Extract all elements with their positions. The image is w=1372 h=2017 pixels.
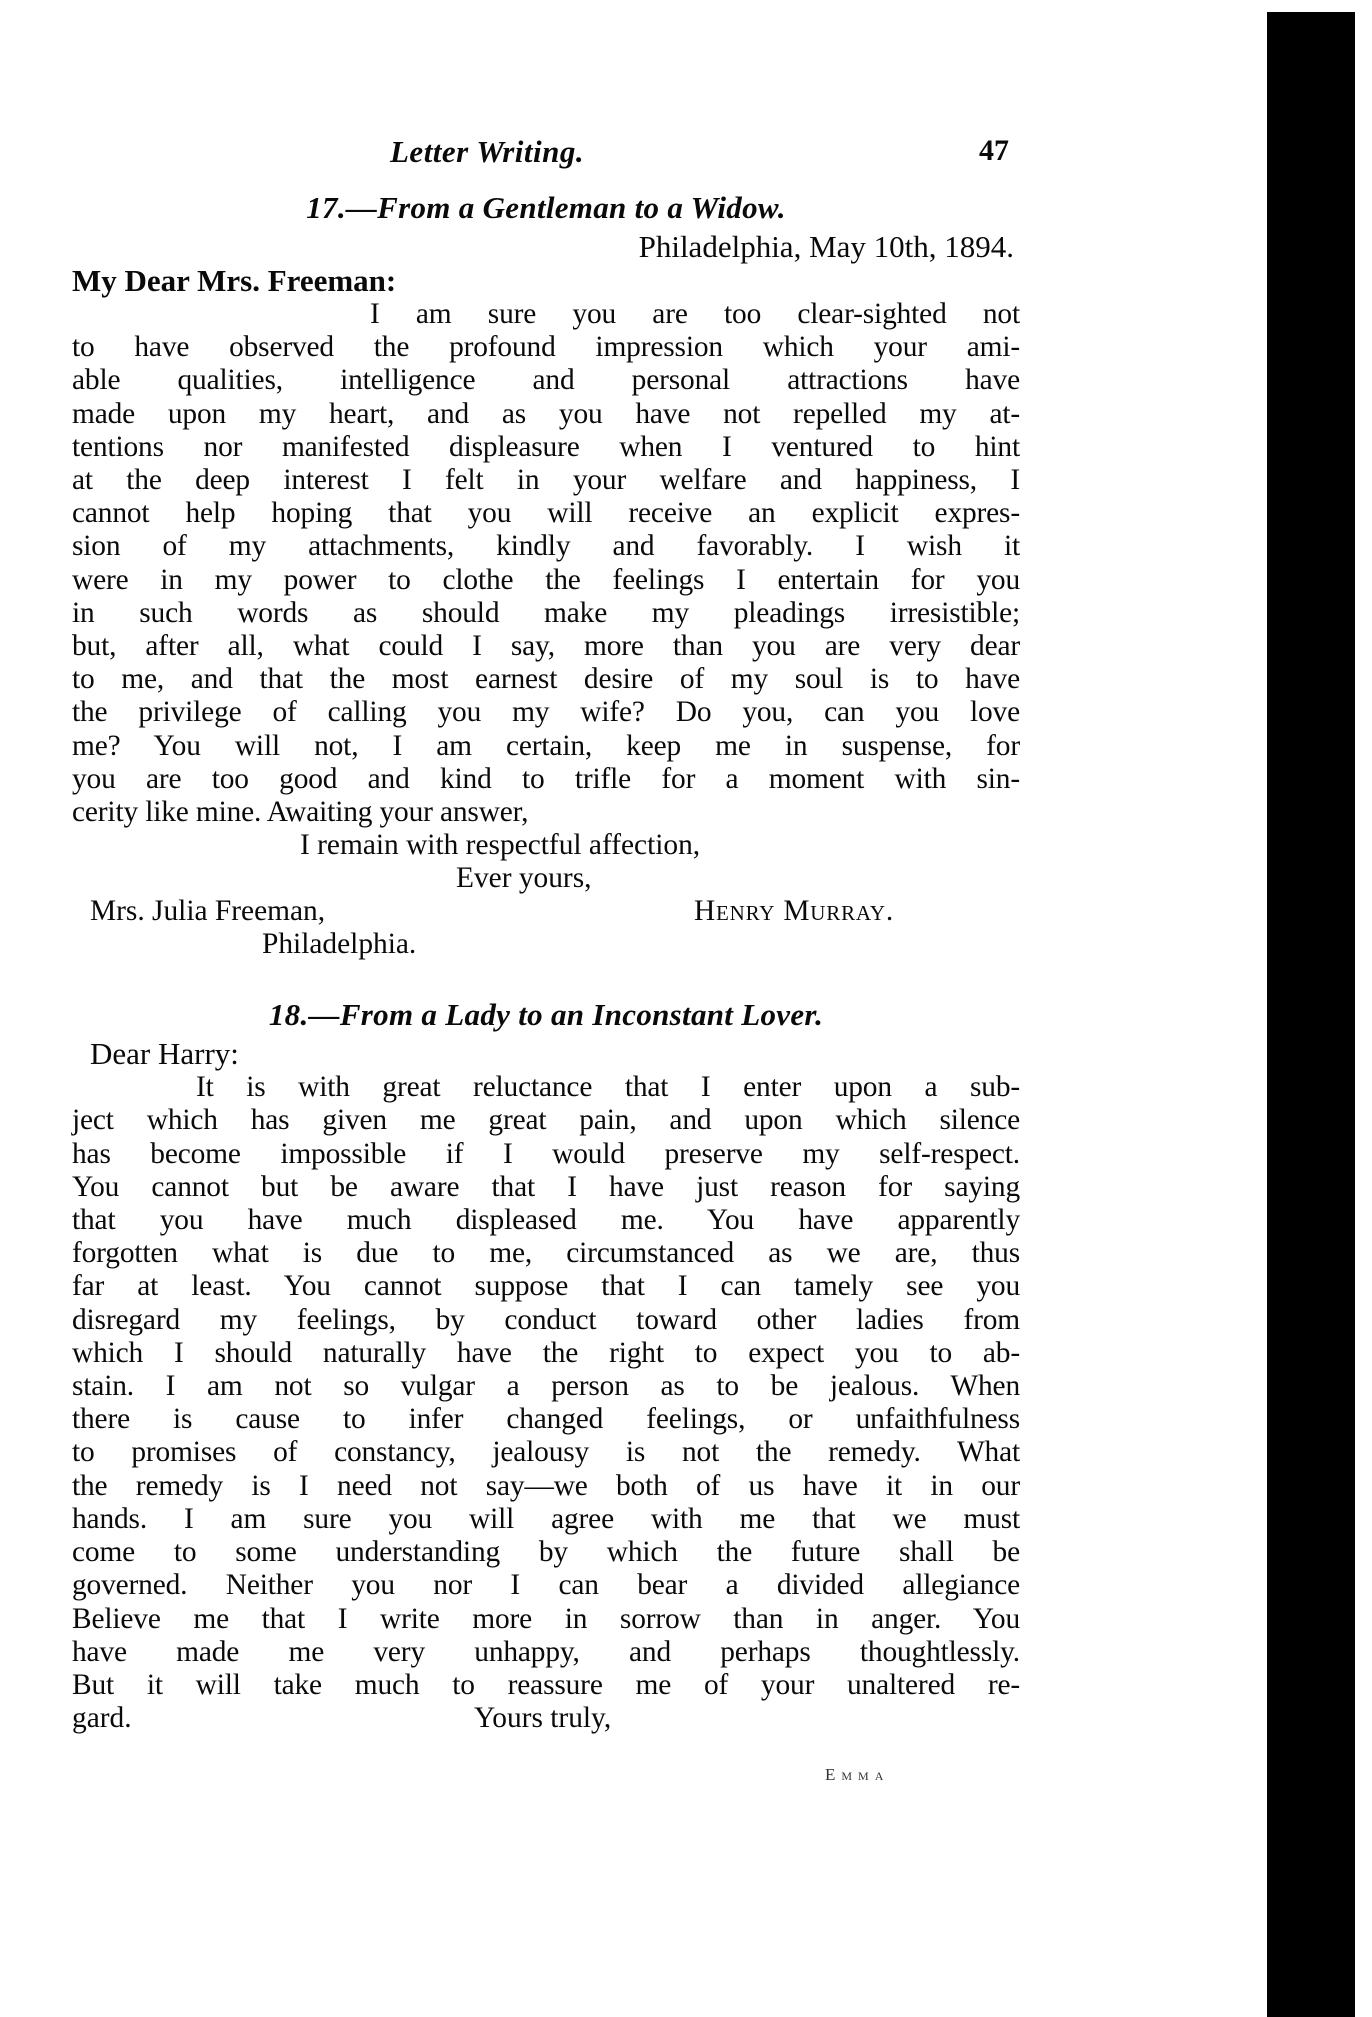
body-line: come to some understanding by which the …	[72, 1536, 1020, 1569]
body-line: made upon my heart, and as you have not …	[72, 398, 1020, 431]
body-line: You cannot but be aware that I have just…	[72, 1171, 1020, 1204]
body-line: cannot help hoping that you will receive…	[72, 497, 1020, 530]
body-line: me? You will not, I am certain, keep me …	[72, 730, 1020, 763]
recipient-name: Mrs. Julia Freeman,	[90, 895, 325, 928]
body-line: far at least. You cannot suppose that I …	[72, 1270, 1020, 1303]
signoff-row: gard. Yours truly,	[72, 1702, 1020, 1740]
body-line: the privilege of calling you my wife? Do…	[72, 696, 1020, 729]
signature: Henry Murray.	[694, 895, 894, 928]
body-line: were in my power to clothe the feelings …	[72, 564, 1020, 597]
body-line: but, after all, what could I say, more t…	[72, 630, 1020, 663]
page-number: 47	[979, 134, 1009, 168]
closing-line: Ever yours,	[72, 862, 1020, 895]
book-page: Letter Writing. 47 17.—From a Gentleman …	[72, 130, 1020, 1740]
body-line: at the deep interest I felt in your welf…	[72, 464, 1020, 497]
letter-body: It is with great reluctance that I enter…	[72, 1071, 1020, 1702]
section-gap	[72, 961, 1020, 991]
body-line: has become impossible if I would preserv…	[72, 1138, 1020, 1171]
running-title: Letter Writing.	[390, 134, 584, 170]
body-line: there is cause to infer changed feelings…	[72, 1403, 1020, 1436]
salutation: My Dear Mrs. Freeman:	[72, 264, 1020, 298]
letter-heading: 18.—From a Lady to an Inconstant Lover.	[72, 997, 1020, 1033]
closing-line: Yours truly,	[474, 1702, 611, 1735]
body-line: have made me very unhappy, and perhaps t…	[72, 1636, 1020, 1669]
running-head: Letter Writing. 47	[72, 130, 1020, 184]
body-line: to have observed the profound impression…	[72, 331, 1020, 364]
body-line: to promises of constancy, jealousy is no…	[72, 1436, 1020, 1469]
body-line: But it will take much to reassure me of …	[72, 1669, 1020, 1702]
body-line: that you have much displeased me. You ha…	[72, 1204, 1020, 1237]
closing-line: I remain with respectful affection,	[72, 829, 1020, 862]
body-line: stain. I am not so vulgar a person as to…	[72, 1370, 1020, 1403]
body-line: in such words as should make my pleading…	[72, 597, 1020, 630]
closing: I remain with respectful affection, Ever…	[72, 829, 1020, 895]
body-line: tentions nor manifested displeasure when…	[72, 431, 1020, 464]
body-line: sion of my attachments, kindly and favor…	[72, 530, 1020, 563]
body-line: hands. I am sure you will agree with me …	[72, 1503, 1020, 1536]
recipient-city: Philadelphia.	[72, 928, 1020, 961]
letter-18: 18.—From a Lady to an Inconstant Lover. …	[72, 997, 1020, 1740]
body-line: able qualities, intelligence and persona…	[72, 364, 1020, 397]
body-line: the remedy is I need not say—we both of …	[72, 1470, 1020, 1503]
body-line-final: gard.	[72, 1702, 132, 1735]
body-line: ject which has given me great pain, and …	[72, 1104, 1020, 1137]
scan-edge-black-bar	[1267, 12, 1355, 2017]
body-line: which I should naturally have the right …	[72, 1337, 1020, 1370]
body-line: forgotten what is due to me, circumstanc…	[72, 1237, 1020, 1270]
body-line: It is with great reluctance that I enter…	[72, 1071, 1020, 1104]
salutation: Dear Harry:	[90, 1037, 1020, 1071]
address-signature-row: Mrs. Julia Freeman, Henry Murray.	[72, 895, 1020, 928]
body-line: you are too good and kind to trifle for …	[72, 763, 1020, 796]
recipient-address: Philadelphia.	[72, 928, 1020, 961]
signature: Emma	[825, 1765, 889, 1785]
letter-17: 17.—From a Gentleman to a Widow. Philade…	[72, 190, 1020, 961]
body-line: Believe me that I write more in sorrow t…	[72, 1603, 1020, 1636]
body-line: cerity like mine. Awaiting your answer,	[72, 796, 1020, 829]
body-line: to me, and that the most earnest desire …	[72, 663, 1020, 696]
body-line: governed. Neither you nor I can bear a d…	[72, 1569, 1020, 1602]
body-line: disregard my feelings, by conduct toward…	[72, 1304, 1020, 1337]
letter-body: I am sure you are too clear-sighted not …	[72, 298, 1020, 829]
letter-heading: 17.—From a Gentleman to a Widow.	[72, 190, 1020, 226]
dateline: Philadelphia, May 10th, 1894.	[72, 230, 1020, 264]
body-line: I am sure you are too clear-sighted not	[72, 298, 1020, 331]
